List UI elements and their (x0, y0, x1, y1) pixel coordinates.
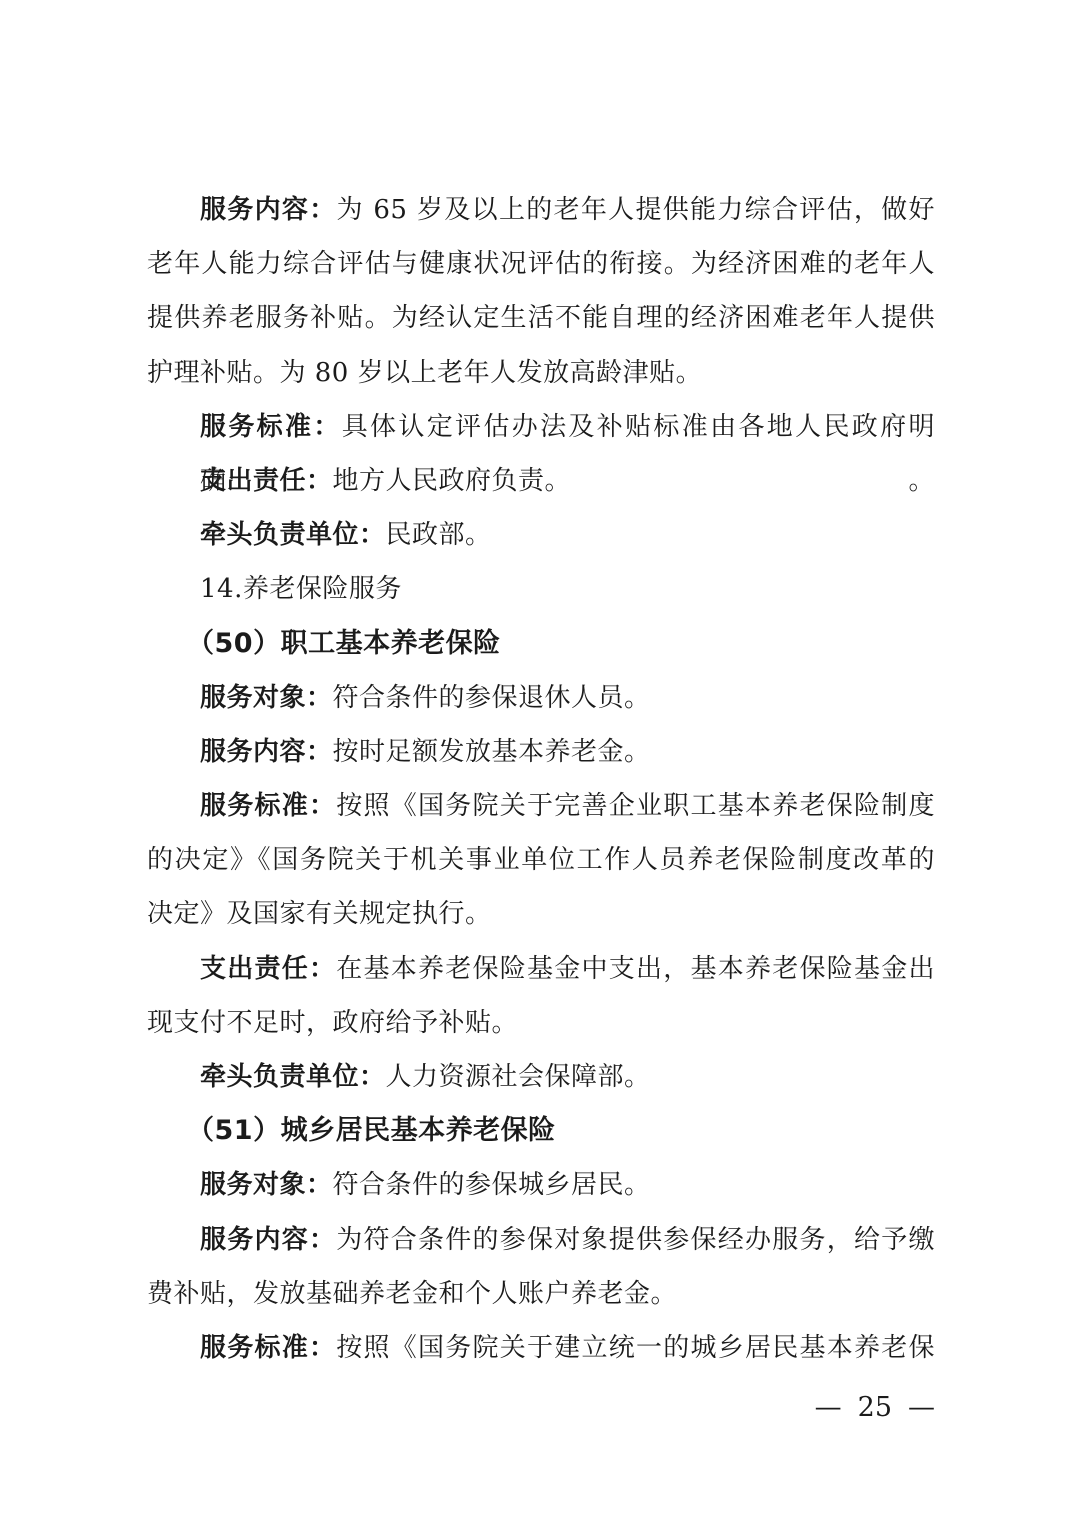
document-line: 14.养老保险服务 (147, 562, 935, 616)
line-label: 服务内容： (200, 1225, 336, 1255)
document-line: 服务标准：按照《国务院关于建立统一的城乡居民基本养老保 (147, 1321, 935, 1375)
page-footer: —25— (815, 1381, 935, 1435)
line-text: 符合条件的参保退休人员。 (333, 683, 651, 713)
document-line: 服务标准：具体认定评估办法及补贴标准由各地人民政府明确。 (147, 400, 935, 454)
document-line: 服务内容：为符合条件的参保对象提供参保经办服务，给予缴 (147, 1213, 935, 1267)
line-label: 服务对象： (200, 683, 333, 713)
document-body: 服务内容：为 65 岁及以上的老年人提供能力综合评估，做好老年人能力综合评估与健… (147, 183, 935, 1375)
document-line: 费补贴，发放基础养老金和个人账户养老金。 (147, 1267, 935, 1321)
line-label: 支出责任： (200, 954, 336, 984)
document-line: 服务对象：符合条件的参保退休人员。 (147, 671, 935, 725)
line-label: 牵头负责单位： (200, 520, 386, 550)
line-label: 服务对象： (200, 1170, 333, 1200)
document-line: （50）职工基本养老保险 (147, 617, 935, 671)
line-label: 服务内容： (200, 737, 333, 767)
line-label: 服务标准： (200, 412, 342, 442)
footer-dash-right: — (908, 1392, 935, 1423)
document-line: 服务对象：符合条件的参保城乡居民。 (147, 1158, 935, 1212)
document-page: 服务内容：为 65 岁及以上的老年人提供能力综合评估，做好老年人能力综合评估与健… (0, 0, 1080, 1527)
document-line: 的决定》《国务院关于机关事业单位工作人员养老保险制度改革的 (147, 833, 935, 887)
line-label: 服务标准： (200, 1333, 336, 1363)
document-line: 服务内容：按时足额发放基本养老金。 (147, 725, 935, 779)
document-line: （51）城乡居民基本养老保险 (147, 1104, 935, 1158)
document-line: 牵头负责单位：人力资源社会保障部。 (147, 1050, 935, 1104)
page-number: 25 (858, 1392, 892, 1423)
line-text: 地方人民政府负责。 (333, 466, 572, 496)
line-text: 人力资源社会保障部。 (386, 1062, 651, 1092)
document-line: 服务内容：为 65 岁及以上的老年人提供能力综合评估，做好 (147, 183, 935, 237)
line-text: 为符合条件的参保对象提供参保经办服务，给予缴 (336, 1225, 935, 1255)
document-line: 决定》及国家有关规定执行。 (147, 887, 935, 941)
document-line: 现支付不足时，政府给予补贴。 (147, 996, 935, 1050)
document-line: 护理补贴。为 80 岁以上老年人发放高龄津贴。 (147, 346, 935, 400)
line-text: 按时足额发放基本养老金。 (333, 737, 651, 767)
line-label: 支出责任： (200, 466, 333, 496)
line-text: 民政部。 (386, 520, 492, 550)
line-text: 按照《国务院关于建立统一的城乡居民基本养老保 (336, 1333, 935, 1363)
line-text: 在基本养老保险基金中支出，基本养老保险基金出 (336, 954, 935, 984)
line-text: 符合条件的参保城乡居民。 (333, 1170, 651, 1200)
line-label: 服务内容： (200, 195, 337, 225)
document-line: 支出责任：在基本养老保险基金中支出，基本养老保险基金出 (147, 942, 935, 996)
line-label: 服务标准： (200, 791, 336, 821)
line-label: 牵头负责单位： (200, 1062, 386, 1092)
document-line: 牵头负责单位：民政部。 (147, 508, 935, 562)
line-text: 为 65 岁及以上的老年人提供能力综合评估，做好 (337, 195, 935, 225)
document-line: 服务标准：按照《国务院关于完善企业职工基本养老保险制度 (147, 779, 935, 833)
line-text: 按照《国务院关于完善企业职工基本养老保险制度 (336, 791, 935, 821)
document-line: 老年人能力综合评估与健康状况评估的衔接。为经济困难的老年人 (147, 237, 935, 291)
footer-dash-left: — (815, 1392, 842, 1423)
document-line: 提供养老服务补贴。为经认定生活不能自理的经济困难老年人提供 (147, 291, 935, 345)
